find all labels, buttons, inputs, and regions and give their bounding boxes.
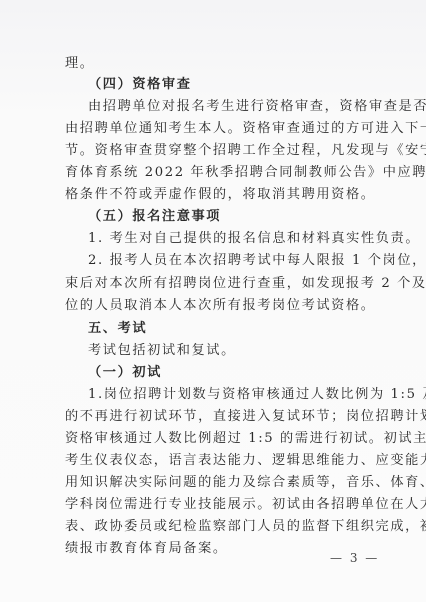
page-number: — 3 — <box>330 551 379 565</box>
section-heading: （一）初试 <box>88 364 369 382</box>
text-line: 1.岗位招聘计划数与资格审核通过人数比例为 1:5 及以下 <box>88 386 369 404</box>
chapter-heading: 五、考试 <box>88 320 369 338</box>
text-line: 考生仪表仪态，语言表达能力、逻辑思维能力、应变能力、运 <box>65 452 369 470</box>
text-line: 由招聘单位对报名考生进行资格审查，资格审查是否通过 <box>88 98 369 116</box>
text-line: 表、政协委员或纪检监察部门人员的监督下组织完成，初试成 <box>65 518 369 536</box>
document-page: 理。 （四）资格审查 由招聘单位对报名考生进行资格审查，资格审查是否通过 由招聘… <box>0 0 426 602</box>
text-line: 束后对本次所有招聘岗位进行查重，如发现报考 2 个及以上岗 <box>65 275 369 293</box>
section-heading: （四）资格审查 <box>88 76 369 94</box>
text-line: 的不再进行初试环节，直接进入复试环节；岗位招聘计划数与 <box>65 408 369 426</box>
section-heading: （五）报名注意事项 <box>88 208 369 226</box>
text-line: 2. 报考人员在本次招聘考试中每人限报 1 个岗位，报名结 <box>88 252 369 270</box>
text-line: 育体育系统 2022 年秋季招聘合同制教师公告》中应聘人员资 <box>65 164 369 182</box>
text-line: 资格审核通过人数比例超过 1:5 的需进行初试。初试主要考察 <box>65 430 369 448</box>
text-line: 绩报市教育体育局备案。 <box>65 540 369 558</box>
text-line: 考试包括初试和复试。 <box>88 342 369 360</box>
text-line: 格条件不符或弄虚作假的，将取消其聘用资格。 <box>65 186 369 204</box>
text-line: 节。资格审查贯穿整个招聘工作全过程，凡发现与《安宁市教 <box>65 142 369 160</box>
text-line: 由招聘单位通知考生本人。资格审查通过的方可进入下一环 <box>65 120 369 138</box>
text-line: 用知识解决实际问题的能力及综合素质等，音乐、体育、美术 <box>65 474 369 492</box>
text-line: 1. 考生对自己提供的报名信息和材料真实性负责。 <box>88 230 369 248</box>
text-line: 学科岗位需进行专业技能展示。初试由各招聘单位在人大代 <box>65 496 369 514</box>
text-line: 理。 <box>65 55 369 73</box>
text-line: 位的人员取消本人本次所有报考岗位考试资格。 <box>65 297 369 315</box>
